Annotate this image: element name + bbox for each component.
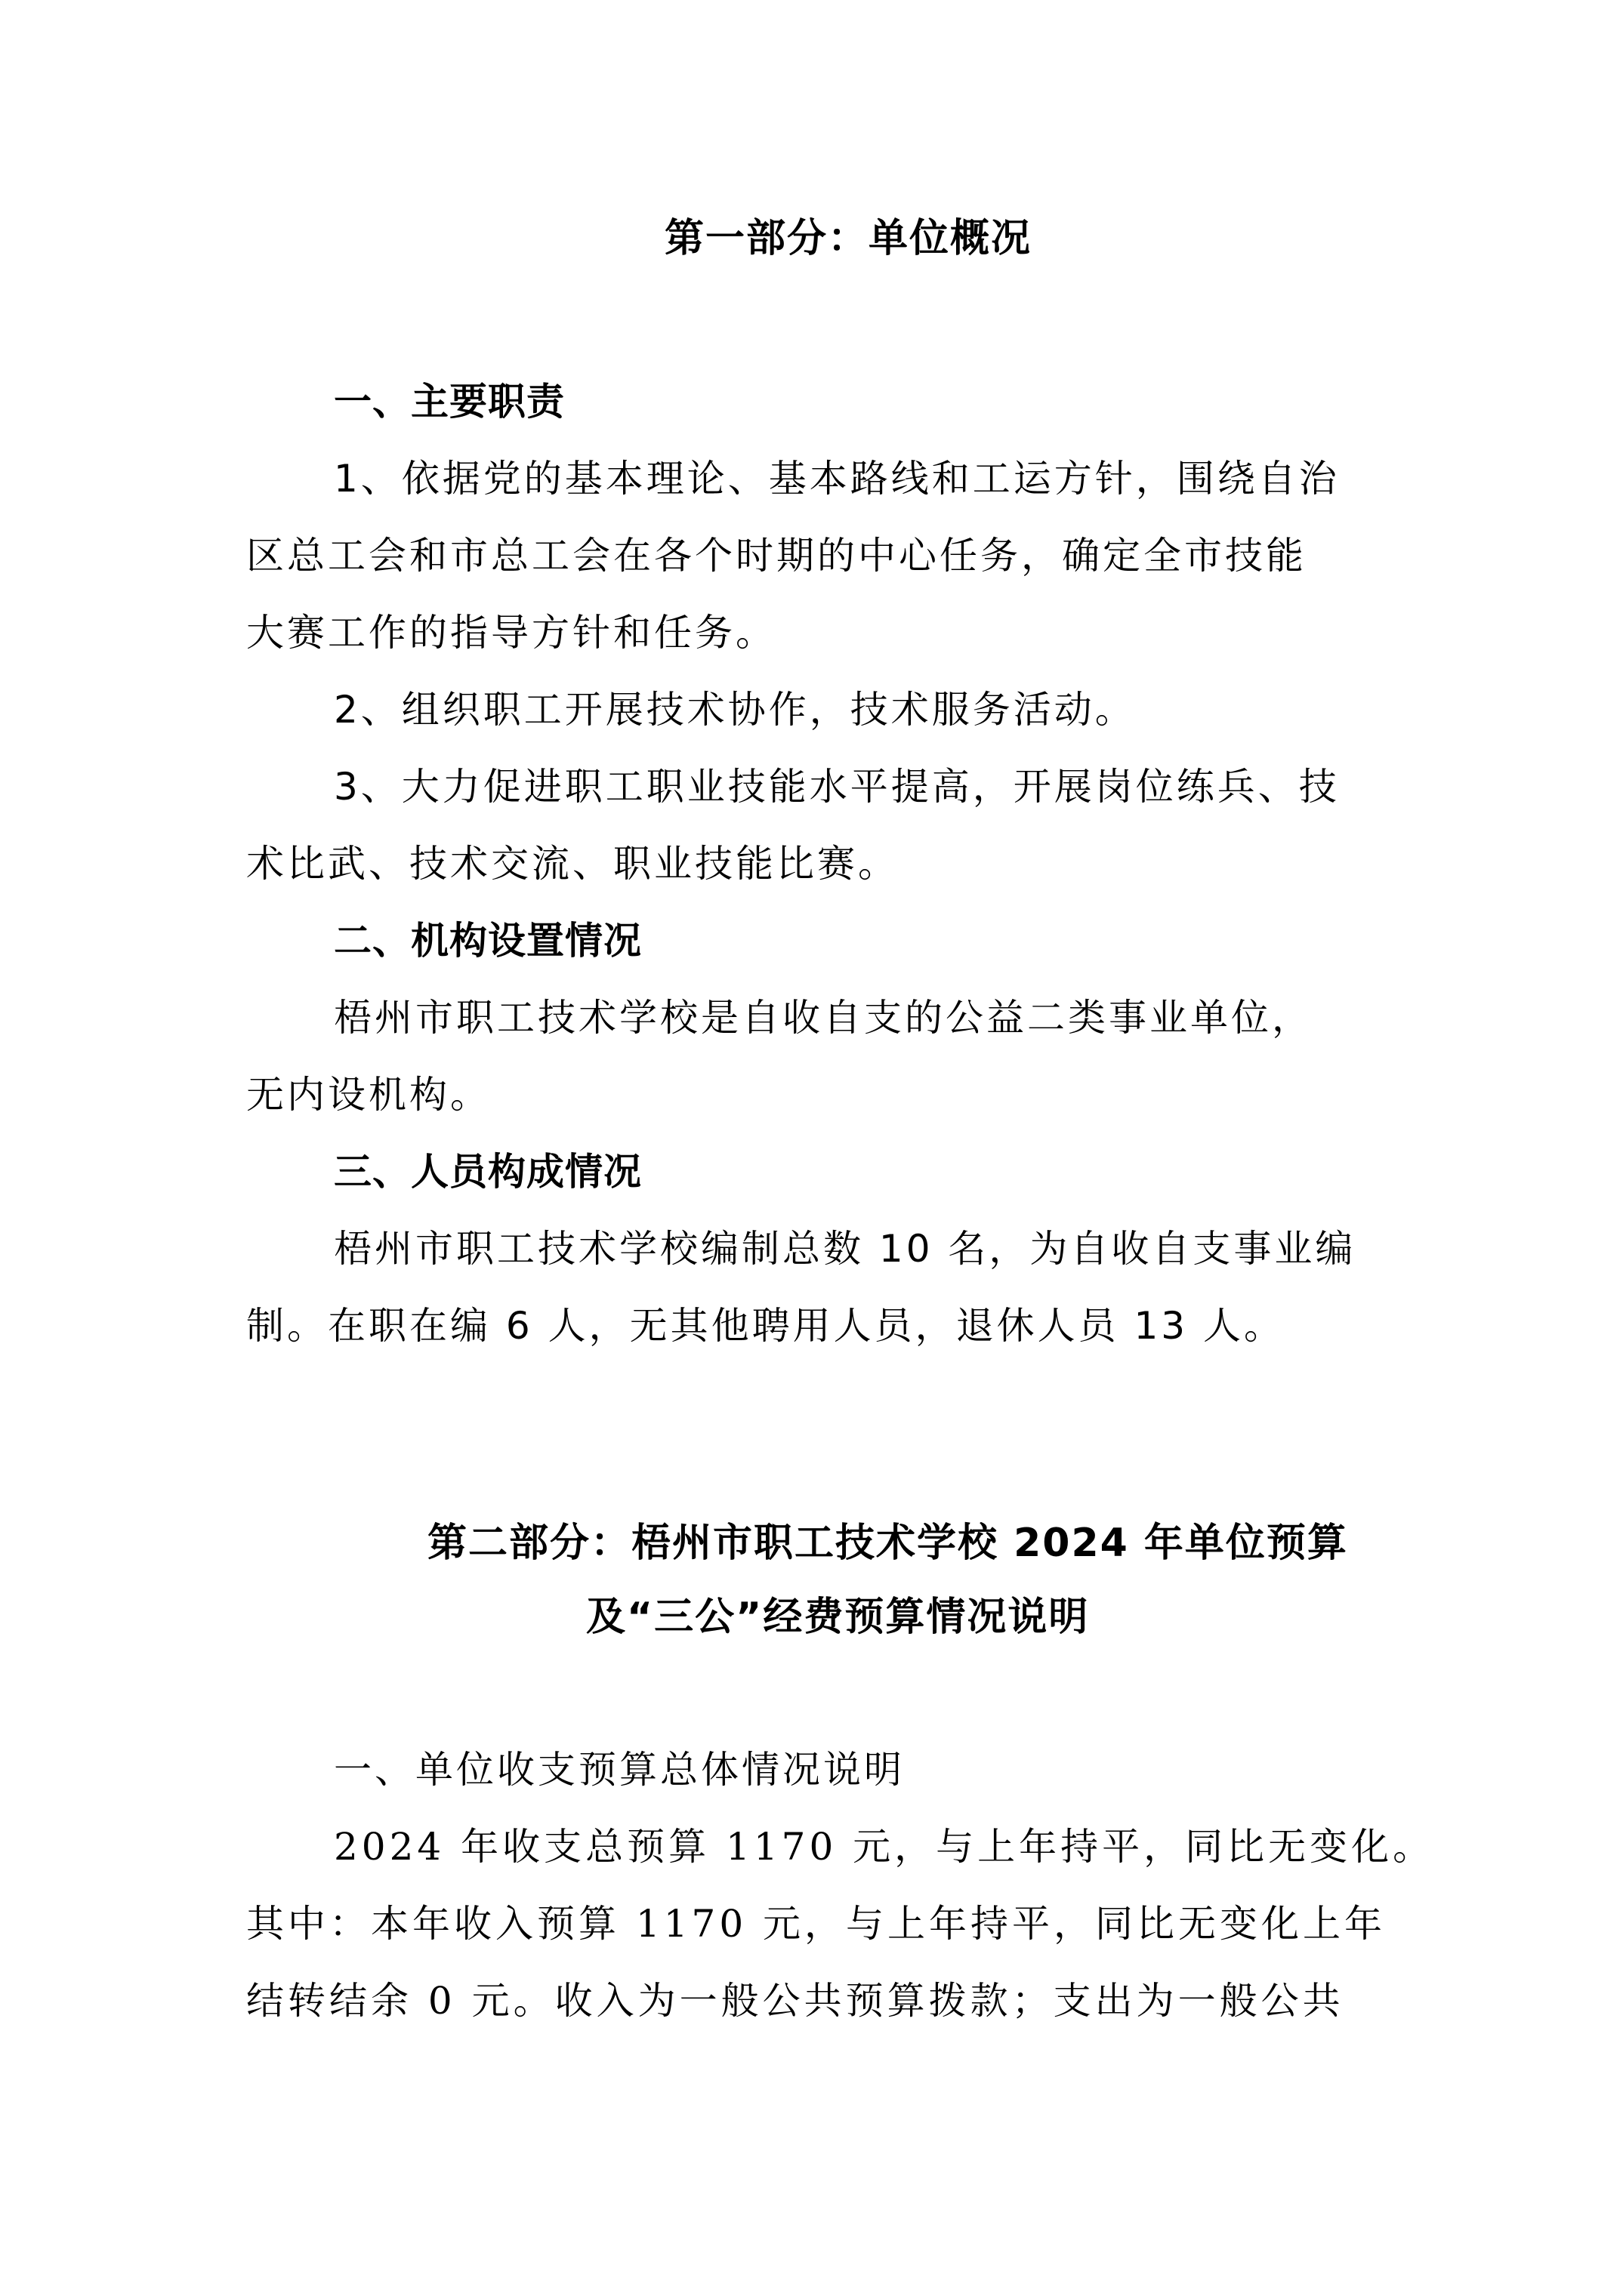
paragraph-line: 其中：本年收入预算 1170 元，与上年持平，同比无变化上年 (246, 1901, 1386, 1946)
section-heading-staff: 三、人员构成情况 (334, 1149, 642, 1194)
paragraph-line: 区总工会和市总工会在各个时期的中心任务，确定全市技能 (246, 533, 1307, 578)
paragraph-line: 2024 年收支总预算 1170 元，与上年持平，同比无变化。 (334, 1824, 1434, 1869)
paragraph-line: 术比武、技术交流、职业技能比赛。 (246, 841, 899, 886)
paragraph-line: 制。在职在编 6 人，无其他聘用人员，退休人员 13 人。 (246, 1303, 1285, 1348)
paragraph-line: 梧州市职工技术学校是自收自支的公益二类事业单位， (334, 995, 1313, 1040)
paragraph-line: 大赛工作的指导方针和任务。 (246, 610, 776, 655)
paragraph-line: 1、依据党的基本理论、基本路线和工运方针，围绕自治 (334, 456, 1340, 501)
section-heading-budget-overview: 一、单位收支预算总体情况说明 (334, 1747, 905, 1792)
section-heading-organization: 二、机构设置情况 (334, 918, 642, 963)
paragraph-line: 3、大力促进职工职业技能水平提高，开展岗位练兵、技 (334, 764, 1340, 809)
part2-title-line1: 第二部分：梧州市职工技术学校 2024 年单位预算 (427, 1521, 1348, 1566)
paragraph-line: 2、组织职工开展技术协作，技术服务活动。 (334, 687, 1136, 732)
paragraph-line: 无内设机构。 (246, 1072, 491, 1117)
part2-title-line2: 及“三公”经费预算情况说明 (586, 1595, 1089, 1640)
section-heading-main-duties: 一、主要职责 (334, 379, 565, 424)
paragraph-line: 梧州市职工技术学校编制总数 10 名，为自收自支事业编 (334, 1226, 1356, 1271)
part1-title: 第一部分：单位概况 (665, 216, 1032, 261)
paragraph-line: 结转结余 0 元。收入为一般公共预算拨款；支出为一般公共 (246, 1978, 1344, 2023)
